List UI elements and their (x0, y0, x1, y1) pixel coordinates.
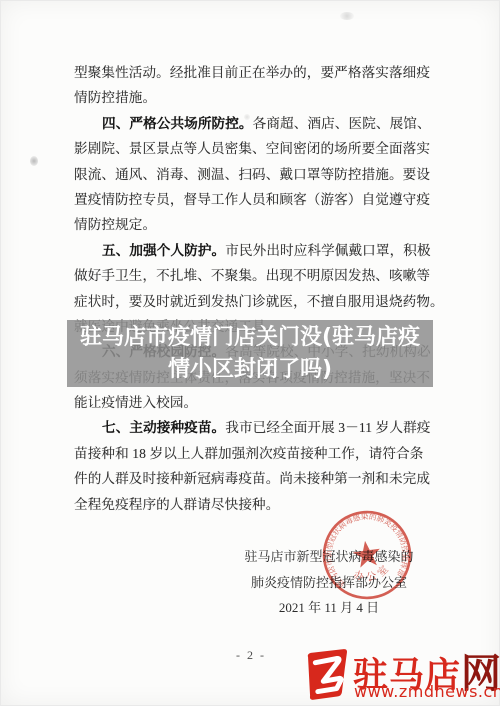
document-line: 影剧院、景区景点等人员密集、空间密闭的场所要全面落实 (74, 136, 434, 161)
official-seal: 驻马店市新型冠状病毒感染的肺炎疫情防控指挥部 办公室 (320, 508, 414, 602)
headline-line-2: 情小区封闭了吗) (67, 354, 433, 386)
document-line: 情防控规定。 (74, 212, 434, 237)
seal-star-icon (352, 539, 383, 568)
document-line-text: 置疫情防控专员，督导工作人员和顾客（游客）自觉遵守疫 (74, 192, 430, 207)
document-line-heading: 五、加强个人防护。 (102, 243, 225, 258)
document-line-text: 症状时，要及时就近到发热门诊就医，不擅自服用退烧药物。 (74, 294, 444, 309)
document-line: 置疫情防控专员，督导工作人员和顾客（游客）自觉遵守疫 (74, 187, 434, 212)
document-line-text: 能让疫情进入校园。 (74, 395, 197, 410)
document-line-text: 我市已经全面开展 3－11 岁人群疫 (225, 420, 430, 435)
headline-line-1: 驻马店市疫情门店关门没(驻马店疫 (67, 322, 433, 354)
document-line-text: 件的人群及时接种新冠病毒疫苗。尚未接种第一剂和未完成 (74, 471, 430, 486)
document-line: 情防控措施。 (74, 85, 434, 110)
document-body: 型聚集性活动。经批准目前正在举办的，要严格落实落细疫情防控措施。四、严格公共场所… (74, 60, 434, 517)
document-line-text: 影剧院、景区景点等人员密集、空间密闭的场所要全面落实 (74, 141, 430, 156)
document-line: 症状时，要及时就近到发热门诊就医，不擅自服用退烧药物。 (74, 289, 434, 314)
headline-overlay: 驻马店市疫情门店关门没(驻马店疫 情小区封闭了吗) (67, 320, 433, 387)
scan-speck (340, 12, 354, 20)
document-line-text: 各商超、酒店、医院、展馆、 (253, 116, 431, 131)
document-line-heading: 四、严格公共场所防控。 (102, 116, 253, 131)
document-line: 四、严格公共场所防控。各商超、酒店、医院、展馆、 (74, 111, 434, 136)
document-line: 五、加强个人防护。市民外出时应科学佩戴口罩，积极 (74, 238, 434, 263)
zmdnews-emblem-icon (305, 649, 351, 701)
scanned-notice-image: 型聚集性活动。经批准目前正在举办的，要严格落实落细疫情防控措施。四、严格公共场所… (0, 0, 500, 706)
document-line: 做好手卫生，不扎堆、不聚集。出现不明原因发热、咳嗽等 (74, 263, 434, 288)
document-line: 型聚集性活动。经批准目前正在举办的，要严格落实落细疫 (74, 60, 434, 85)
document-line-text: 限流、通风、消毒、测温、扫码、戴口罩等防控措施。要设 (74, 167, 430, 182)
document-line-heading: 七、主动接种疫苗。 (102, 420, 225, 435)
page-number: - 2 - (228, 648, 274, 663)
scan-speck (30, 156, 38, 166)
document-line-text: 全程免疫程序的人群请尽快接种。 (74, 497, 279, 512)
document-line: 苗接种和 18 岁以上人群加强剂次疫苗接种工作，请符合条 (74, 441, 434, 466)
document-line-text: 型聚集性活动。经批准目前正在举办的，要严格落实落细疫 (74, 65, 430, 80)
document-line: 能让疫情进入校园。 (74, 390, 434, 415)
document-line: 件的人群及时接种新冠病毒疫苗。尚未接种第一剂和未完成 (74, 466, 434, 491)
document-line: 限流、通风、消毒、测温、扫码、戴口罩等防控措施。要设 (74, 162, 434, 187)
document-line-text: 做好手卫生，不扎堆、不聚集。出现不明原因发热、咳嗽等 (74, 268, 430, 283)
document-line: 七、主动接种疫苗。我市已经全面开展 3－11 岁人群疫 (74, 415, 434, 440)
document-line-text: 市民外出时应科学佩戴口罩，积极 (225, 243, 430, 258)
zmdnews-logo: 驻马店网 www.zmdnews.cn (300, 645, 500, 706)
document-line-text: 情防控规定。 (74, 217, 156, 232)
zmdnews-url: www.zmdnews.cn (354, 682, 500, 701)
document-line-text: 情防控措施。 (74, 90, 156, 105)
document-line-text: 苗接种和 18 岁以上人群加强剂次疫苗接种工作，请符合条 (74, 446, 423, 461)
